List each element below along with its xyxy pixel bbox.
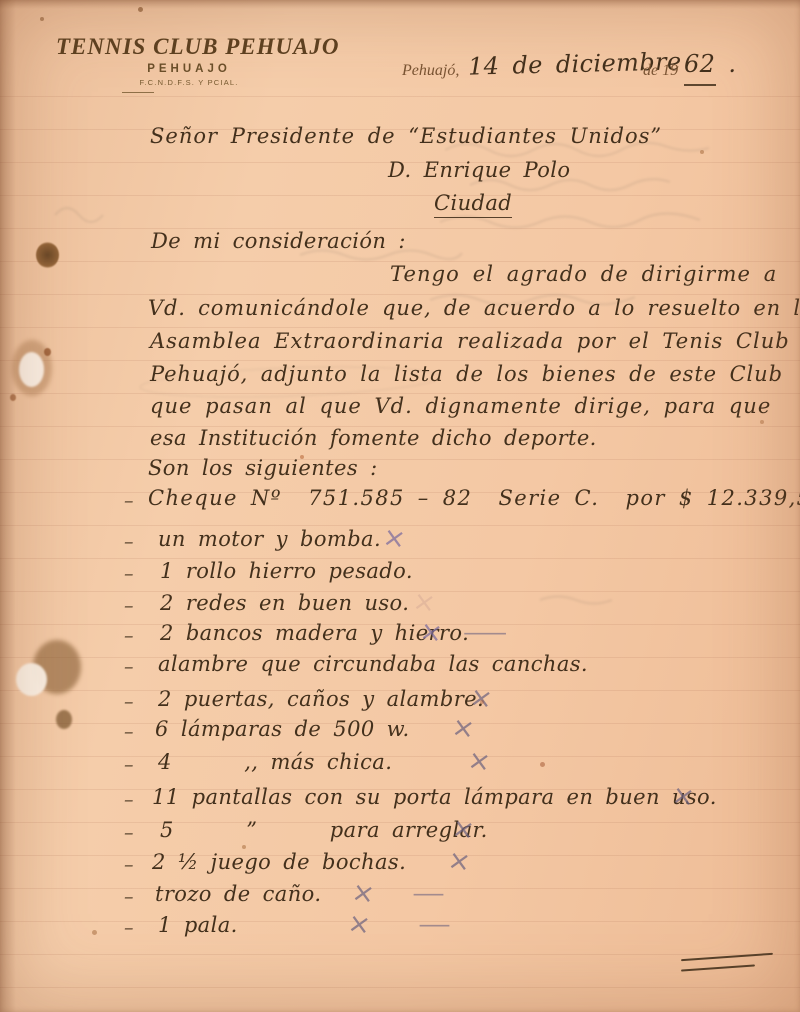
dateline-place: Pehuajó, [402, 62, 459, 80]
club-city: PEHUAJO [56, 63, 322, 75]
letterhead: TENNIS CLUB PEHUAJO PEHUAJO F.C.N.D.F.S.… [56, 34, 322, 87]
speck [138, 7, 143, 12]
pencil-x-mark: × [670, 779, 697, 813]
worn-hole [19, 352, 44, 387]
list-item-pantallas: – 11 pantallas con su porta lámpara en b… [0, 785, 800, 819]
body-line-6: esa Institución fomente dicho deporte. [150, 426, 597, 450]
club-org-line: F.C.N.D.F.S. Y PCIAL. [56, 78, 322, 87]
list-item-alambre: – alambre que circundaba las canchas. [0, 652, 800, 686]
item-dash: – [124, 563, 134, 585]
item-dash: – [124, 490, 134, 512]
stain [36, 242, 59, 268]
pencil-x-mark: × [450, 711, 477, 745]
pencil-x-mark: × [350, 876, 377, 910]
pencil-dash-mark: — [462, 621, 508, 646]
list-item-puertas: – 2 puertas, caños y alambre. × [0, 687, 800, 721]
dateline-year-handwritten: 62 . [684, 50, 736, 78]
pencil-dash-mark: — [412, 882, 445, 907]
pencil-x-mark-faint: × [411, 585, 438, 619]
year-underline [684, 84, 716, 86]
dateline-de19-printed: de 19 [643, 62, 678, 80]
list-item-rollo: – 1 rollo hierro pesado. [0, 559, 800, 593]
item-dash: – [124, 721, 134, 743]
item-dash: – [124, 917, 134, 939]
list-item-bochas: – 2 ½ juego de bochas. × [0, 850, 800, 884]
item-text: trozo de caño. [155, 882, 321, 906]
item-dash: – [124, 822, 134, 844]
item-dash: – [124, 789, 134, 811]
list-item-arreglar: – 5 ” para arreglar. × [0, 818, 800, 852]
speck [44, 348, 51, 356]
item-text: Cheque Nº 751.585 – 82 Serie C. por $ 12… [148, 486, 800, 510]
list-item-cheque: – Cheque Nº 751.585 – 82 Serie C. por $ … [0, 486, 800, 520]
closing-double-line-bottom [681, 964, 755, 971]
speck [760, 420, 764, 424]
body-line-4: Pehuajó, adjunto la lista de los bienes … [150, 362, 783, 386]
item-text: 1 pala. [158, 913, 238, 937]
item-dash: – [124, 754, 134, 776]
list-item-motor: – un motor y bomba. × [0, 527, 800, 561]
item-dash: – [124, 531, 134, 553]
list-item-lamparas: – 6 lámparas de 500 w. × [0, 717, 800, 751]
letterhead-underline [122, 92, 154, 93]
body-line-3: Asamblea Extraordinaria realizada por el… [150, 329, 790, 353]
pencil-x-mark: × [418, 615, 445, 649]
scan-edge-shadow-top [0, 0, 800, 9]
item-text: 4 ,, más chica. [158, 750, 392, 774]
pencil-dash-mark: — [418, 913, 451, 938]
item-text: un motor y bomba. [158, 527, 381, 551]
body-line-1: Tengo el agrado de dirigirme a [390, 262, 777, 286]
stain [12, 340, 52, 396]
item-dash: – [124, 886, 134, 908]
pencil-x-mark: × [381, 521, 408, 555]
speck [700, 150, 704, 154]
pencil-x-mark: × [468, 681, 495, 715]
speck [10, 394, 16, 401]
item-text: 5 ” para arreglar. [160, 818, 488, 842]
item-text: 2 puertas, caños y alambre. [158, 687, 484, 711]
list-item-mas-chica: – 4 ,, más chica. × [0, 750, 800, 784]
item-text: 1 rollo hierro pesado. [160, 559, 413, 583]
salutation: De mi consideración : [151, 229, 406, 253]
speck [40, 17, 44, 21]
list-item-trozo: – trozo de caño. × — [0, 882, 800, 916]
body-line-5: que pasan al que Vd. dignamente dirige, … [150, 394, 771, 418]
item-dash: – [124, 595, 134, 617]
letter-scan-page: TENNIS CLUB PEHUAJO PEHUAJO F.C.N.D.F.S.… [0, 0, 800, 1012]
item-text: alambre que circundaba las canchas. [158, 652, 588, 676]
recipient-city: Ciudad [434, 191, 512, 218]
recipient-line1: Señor Presidente de “Estudiantes Unidos” [150, 124, 662, 148]
item-dash: – [124, 691, 134, 713]
pencil-x-mark: × [446, 844, 473, 878]
item-dash: – [124, 854, 134, 876]
club-name: TENNIS CLUB PEHUAJO [56, 34, 322, 60]
pencil-x-mark: × [346, 907, 373, 941]
item-dash: – [124, 656, 134, 678]
item-dash: – [124, 625, 134, 647]
item-text: 6 lámparas de 500 w. [155, 717, 410, 741]
pencil-x-mark: × [466, 744, 493, 778]
closing-double-line-top [681, 953, 773, 961]
body-line-7: Son los siguientes : [148, 456, 378, 480]
item-text: 11 pantallas con su porta lámpara en bue… [152, 785, 717, 809]
item-text: 2 ½ juego de bochas. [152, 850, 406, 874]
item-text: 2 redes en buen uso. [160, 591, 409, 615]
pencil-x-mark: × [450, 812, 477, 846]
recipient-name: D. Enrique Polo [388, 158, 570, 182]
body-line-2: Vd. comunicándole que, de acuerdo a lo r… [148, 296, 800, 320]
list-item-pala: – 1 pala. × — [0, 913, 800, 947]
list-item-bancos: – 2 bancos madera y hierro. × — [0, 621, 800, 655]
list-item-redes: – 2 redes en buen uso. × [0, 591, 800, 625]
